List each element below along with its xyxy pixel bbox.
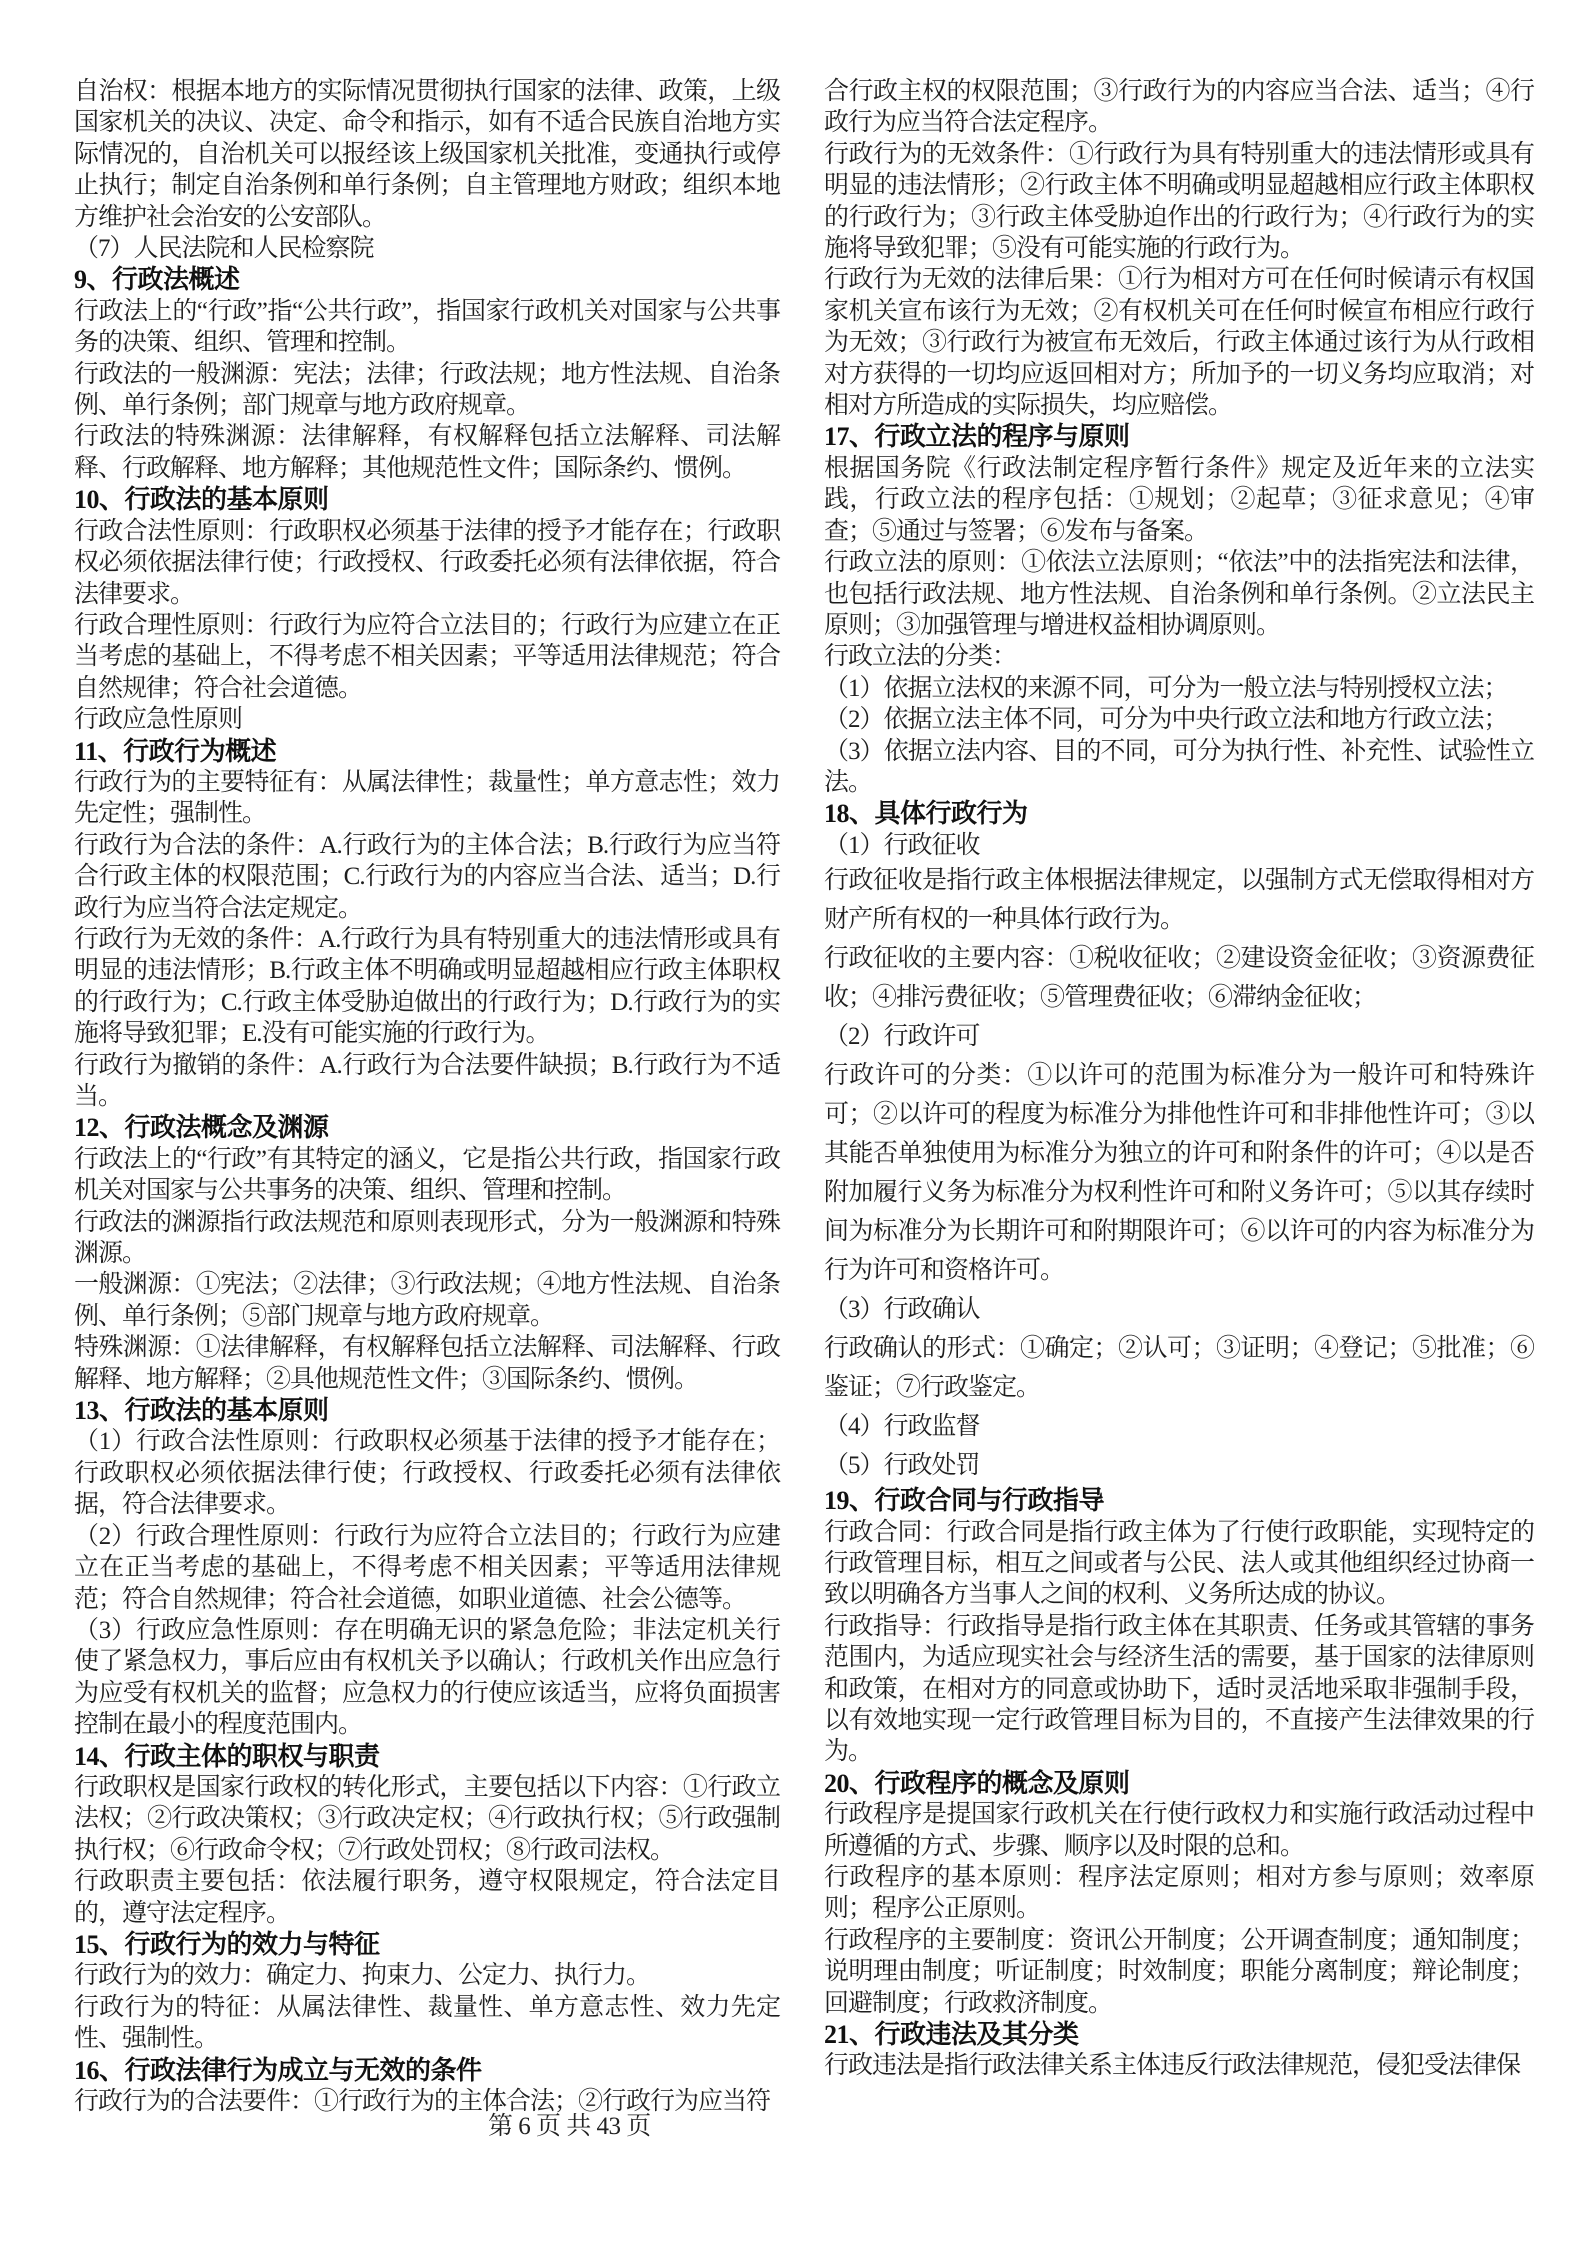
text-paragraph: 行政程序是提国家行政机关在行使行政权力和实施行政活动过程中所遵循的方式、步骤、顺… [824,1799,1534,1862]
text-paragraph: 行政征收的主要内容：①税收征收；②建设资金征收；③资源费征收；④排污费征收；⑤管… [824,939,1534,1017]
text-paragraph: 行政行为的主要特征有：从属法律性；裁量性；单方意志性；效力先定性；强制性。 [74,767,780,830]
text-paragraph: 行政征收是指行政主体根据法律规定，以强制方式无偿取得相对方财产所有权的一种具体行… [824,861,1534,939]
text-paragraph: （5）行政处罚 [824,1446,1534,1485]
section-heading: 13、行政法的基本原则 [74,1395,780,1426]
section-heading: 14、行政主体的职权与职责 [74,1741,780,1772]
section-heading: 18、具体行政行为 [824,798,1534,829]
right-column: 合行政主权的权限范围；③行政行为的内容应当合法、适当；④行政行为应当符合法定程序… [824,76,1534,2082]
section-heading: 9、行政法概述 [74,264,780,295]
text-paragraph: 行政立法的分类： [824,641,1534,672]
text-paragraph: （3）行政应急性原则：存在明确无识的紧急危险；非法定机关行使了紧急权力，事后应由… [74,1615,780,1741]
text-paragraph: 行政合法性原则：行政职权必须基于法律的授予才能存在；行政职权必须依据法律行使；行… [74,516,780,610]
text-paragraph: 行政行为的特征：从属法律性、裁量性、单方意志性、效力先定性、强制性。 [74,1992,780,2055]
section-heading: 19、行政合同与行政指导 [824,1485,1534,1516]
text-paragraph: 行政行为无效的条件：A.行政行为具有特别重大的违法情形或具有明显的违法情形；B.… [74,924,780,1050]
text-paragraph: （1）行政合法性原则：行政职权必须基于法律的授予才能存在；行政职权必须依据法律行… [74,1426,780,1520]
text-paragraph: （3）行政确认 [824,1290,1534,1329]
text-paragraph: （1）行政征收 [824,830,1534,861]
text-paragraph: （1）依据立法权的来源不同，可分为一般立法与特别授权立法； [824,673,1534,704]
section-heading: 17、行政立法的程序与原则 [824,421,1534,452]
text-paragraph: 行政合理性原则：行政行为应符合立法目的；行政行为应建立在正当考虑的基础上，不得考… [74,610,780,704]
section-heading: 16、行政法律行为成立与无效的条件 [74,2055,780,2086]
text-paragraph: 行政职权是国家行政权的转化形式，主要包括以下内容：①行政立法权；②行政决策权；③… [74,1772,780,1866]
section-heading: 11、行政行为概述 [74,736,780,767]
section-heading: 21、行政违法及其分类 [824,2019,1534,2050]
left-column: 自治权：根据本地方的实际情况贯彻执行国家的法律、政策，上级国家机关的决议、决定、… [74,76,780,2117]
section-heading: 20、行政程序的概念及原则 [824,1768,1534,1799]
text-paragraph: 自治权：根据本地方的实际情况贯彻执行国家的法律、政策，上级国家机关的决议、决定、… [74,76,780,233]
text-paragraph: 行政法上的“行政”指“公共行政”，指国家行政机关对国家与公共事务的决策、组织、管… [74,296,780,359]
text-paragraph: 一般渊源：①宪法；②法律；③行政法规；④地方性法规、自治条例、单行条例；⑤部门规… [74,1269,780,1332]
text-paragraph: 行政行为的合法要件：①行政行为的主体合法；②行政行为应当符 [74,2086,780,2117]
text-paragraph: （7）人民法院和人民检察院 [74,233,780,264]
text-paragraph: 行政违法是指行政法律关系主体违反行政法律规范，侵犯受法律保 [824,2050,1534,2081]
text-paragraph: 行政程序的主要制度：资讯公开制度；公开调查制度；通知制度；说明理由制度；听证制度… [824,1925,1534,2019]
text-paragraph: 行政立法的原则：①依法立法原则；“依法”中的法指宪法和法律，也包括行政法规、地方… [824,547,1534,641]
text-paragraph: 行政法的特殊渊源：法律解释，有权解释包括立法解释、司法解释、行政解释、地方解释；… [74,421,780,484]
text-paragraph: 行政职责主要包括：依法履行职务，遵守权限规定，符合法定目的，遵守法定程序。 [74,1866,780,1929]
text-paragraph: 行政确认的形式：①确定；②认可；③证明；④登记；⑤批准；⑥鉴证；⑦行政鉴定。 [824,1329,1534,1407]
text-paragraph: 行政合同：行政合同是指行政主体为了行使行政职能，实现特定的行政管理目标，相互之间… [824,1517,1534,1611]
text-paragraph: 行政应急性原则 [74,704,780,735]
text-paragraph: （3）依据立法内容、目的不同，可分为执行性、补充性、试验性立法。 [824,736,1534,799]
section-heading: 15、行政行为的效力与特征 [74,1929,780,1960]
text-paragraph: 行政行为无效的法律后果：①行为相对方可在任何时候请示有权国家机关宣布该行为无效；… [824,264,1534,421]
text-paragraph: 行政指导：行政指导是指行政主体在其职责、任务或其管辖的事务范围内，为适应现实社会… [824,1611,1534,1768]
text-paragraph: 行政行为合法的条件：A.行政行为的主体合法；B.行政行为应当符合行政主体的权限范… [74,830,780,924]
document-page: 自治权：根据本地方的实际情况贯彻执行国家的法律、政策，上级国家机关的决议、决定、… [0,0,1594,2252]
text-paragraph: （2）依据立法主体不同，可分为中央行政立法和地方行政立法； [824,704,1534,735]
section-heading: 10、行政法的基本原则 [74,484,780,515]
text-paragraph: （2）行政合理性原则：行政行为应符合立法目的；行政行为应建立在正当考虑的基础上，… [74,1521,780,1615]
text-paragraph: （2）行政许可 [824,1017,1534,1056]
text-paragraph: 行政行为的无效条件：①行政行为具有特别重大的违法情形或具有明显的违法情形；②行政… [824,139,1534,265]
page-footer: 第 6 页 共 43 页 [488,2112,651,2142]
text-paragraph: 特殊渊源：①法律解释，有权解释包括立法解释、司法解释、行政解释、地方解释；②具他… [74,1332,780,1395]
text-paragraph: 行政法的渊源指行政法规范和原则表现形式，分为一般渊源和特殊渊源。 [74,1207,780,1270]
text-paragraph: 行政法上的“行政”有其特定的涵义，它是指公共行政，指国家行政机关对国家与公共事务… [74,1144,780,1207]
text-paragraph: 行政法的一般渊源：宪法；法律；行政法规；地方性法规、自治条例、单行条例；部门规章… [74,359,780,422]
text-paragraph: 行政行为的效力：确定力、拘束力、公定力、执行力。 [74,1960,780,1991]
text-paragraph: 根据国务院《行政法制定程序暂行条件》规定及近年来的立法实践，行政立法的程序包括：… [824,453,1534,547]
text-paragraph: 行政程序的基本原则：程序法定原则；相对方参与原则；效率原则；程序公正原则。 [824,1862,1534,1925]
text-paragraph: 合行政主权的权限范围；③行政行为的内容应当合法、适当；④行政行为应当符合法定程序… [824,76,1534,139]
text-paragraph: （4）行政监督 [824,1407,1534,1446]
text-paragraph: 行政许可的分类：①以许可的范围为标准分为一般许可和特殊许可；②以许可的程度为标准… [824,1056,1534,1290]
text-paragraph: 行政行为撤销的条件：A.行政行为合法要件缺损；B.行政行为不适当。 [74,1050,780,1113]
section-heading: 12、行政法概念及渊源 [74,1112,780,1143]
